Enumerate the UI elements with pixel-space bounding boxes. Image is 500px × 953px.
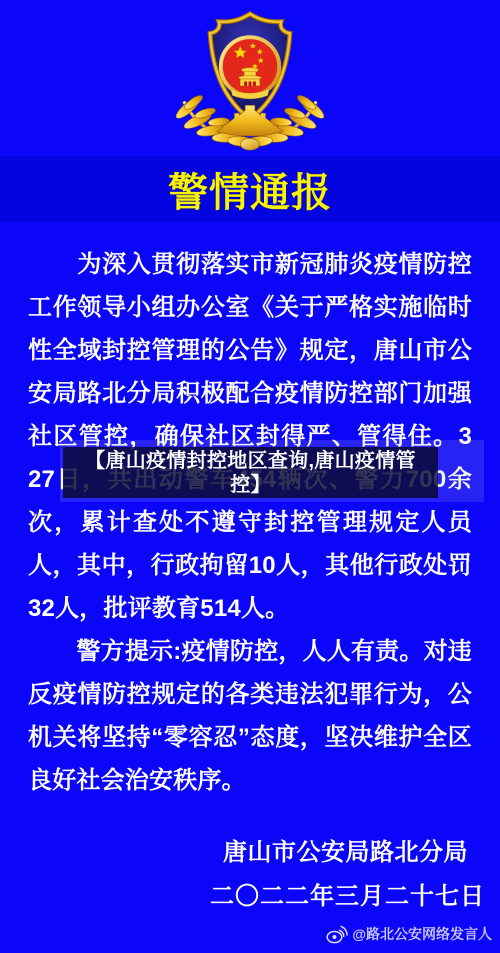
body-line: 为深入贯彻落实市新冠肺炎疫情防控 [28, 243, 472, 286]
weibo-icon [326, 925, 348, 944]
body-line: 工作领导小组办公室《关于严格实施临时 [28, 286, 472, 329]
body-line: 人，其中，行政拘留10人，其他行政处罚 [28, 544, 472, 587]
caption-line-2: 控】 [63, 473, 438, 497]
body-line: 警方提示:疫情防控，人人有责。对违 [28, 630, 472, 673]
title-band: 警情通报 [0, 156, 500, 222]
body-line: 机关将坚持“零容忍”态度，坚决维护全区 [28, 716, 472, 759]
police-notice-poster: 警情通报 为深入贯彻落实市新冠肺炎疫情防控工作领导小组办公室《关于严格实施临时性… [0, 0, 500, 953]
body-line: 反疫情防控规定的各类违法犯罪行为，公安 [28, 673, 472, 716]
police-badge-icon [168, 8, 332, 154]
body-line: 次，累计查处不遵守封控管理规定人员556 [28, 501, 472, 544]
watermark: @路北公安网络发言人 [326, 924, 492, 944]
caption-overlay: 【唐山疫情封控地区查询,唐山疫情管 控】 [63, 447, 438, 498]
body-line: 良好社会治安秩序。 [28, 759, 472, 802]
caption-line-1: 【唐山疫情封控地区查询,唐山疫情管 [63, 449, 438, 473]
body-text: 为深入贯彻落实市新冠肺炎疫情防控工作领导小组办公室《关于严格实施临时性全域封控管… [28, 243, 472, 802]
issue-date: 二〇二二年三月二十七日 [210, 876, 485, 911]
watermark-handle: @路北公安网络发言人 [352, 924, 492, 944]
issuing-agency: 唐山市公安局路北分局 [223, 832, 468, 867]
notice-title: 警情通报 [168, 161, 332, 218]
body-line: 安局路北分局积极配合疫情防控部门加强 [28, 372, 472, 415]
body-line: 32人，批评教育514人。 [28, 587, 472, 630]
police-badge-emblem [168, 8, 332, 154]
body-line: 性全域封控管理的公告》规定，唐山市公 [28, 329, 472, 372]
